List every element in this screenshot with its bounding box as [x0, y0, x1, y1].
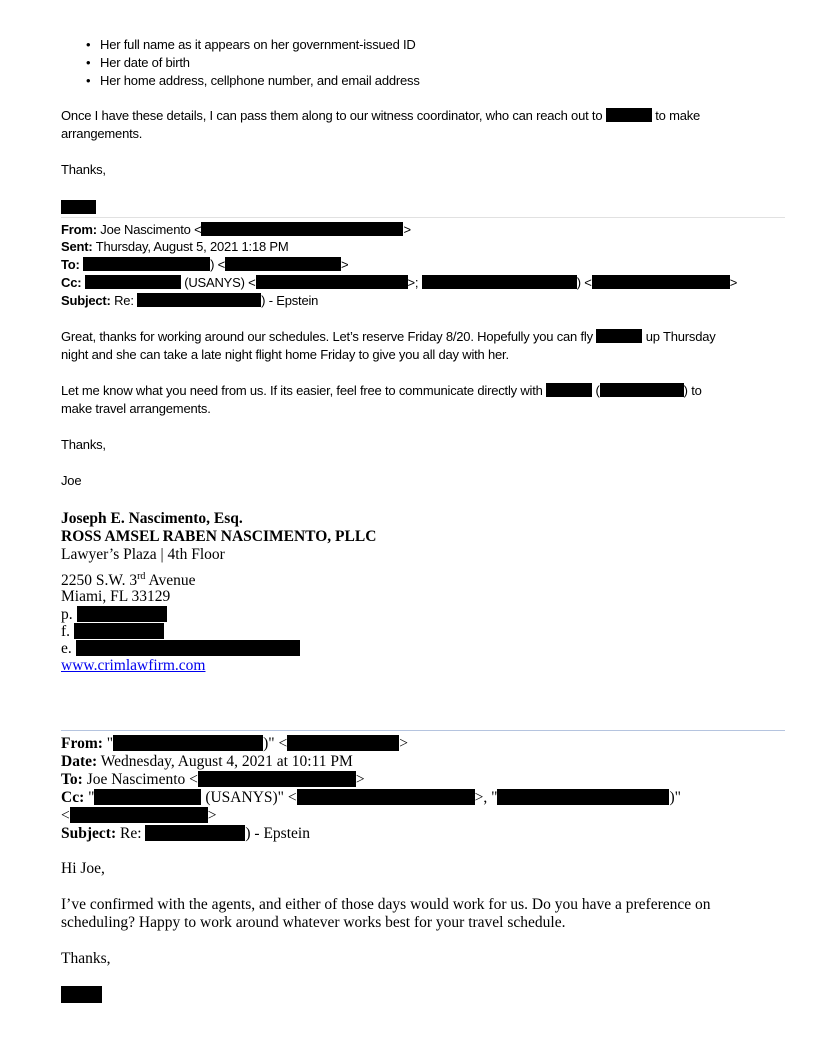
closing-thanks: Thanks,	[61, 162, 106, 177]
signature-block: Joseph E. Nascimento, Esq. ROSS AMSEL RA…	[61, 510, 376, 675]
text: ) - Epstein	[261, 293, 318, 308]
signature-redaction	[61, 986, 102, 1003]
redaction-block	[76, 640, 300, 656]
redaction-block	[422, 275, 577, 289]
text: p.	[61, 606, 73, 623]
from-value: Joe Nascimento <	[100, 222, 201, 237]
from-label: From:	[61, 735, 103, 752]
redaction-block	[61, 986, 102, 1003]
text: Let me know what you need from us. If it…	[61, 383, 543, 398]
paragraph-details: Once I have these details, I can pass th…	[61, 108, 700, 123]
redaction-block	[225, 257, 341, 271]
signature-name: Joseph E. Nascimento, Esq.	[61, 510, 243, 527]
text: 2250 S.W. 3	[61, 572, 137, 589]
redaction-block	[137, 293, 261, 307]
redaction-block	[83, 257, 210, 271]
from-label: From:	[61, 222, 97, 237]
header-subject: Subject: Re: ) - Epstein	[61, 293, 318, 308]
separator	[61, 217, 785, 218]
redaction-block	[596, 329, 642, 343]
text: )"	[669, 789, 681, 806]
signature-address-2: 2250 S.W. 3rd Avenue	[61, 568, 376, 588]
body-paragraph-2: Let me know what you need from us. If it…	[61, 383, 702, 398]
signature-address-1: Lawyer’s Plaza | 4th Floor	[61, 546, 376, 568]
header-date: Date: Wednesday, August 4, 2021 at 10:11…	[61, 753, 353, 771]
date-value: Wednesday, August 4, 2021 at 10:11 PM	[101, 753, 353, 770]
body-line-1: I’ve confirmed with the agents, and eith…	[61, 896, 711, 914]
signature-fax: f.	[61, 623, 376, 640]
text: >, "	[475, 789, 498, 806]
signature-email: e.	[61, 640, 376, 657]
body-paragraph-1: Great, thanks for working around our sch…	[61, 329, 716, 344]
text: >	[730, 275, 737, 290]
text: >	[403, 222, 410, 237]
header-from: From: Joe Nascimento <>	[61, 222, 411, 237]
signature-address-3: Miami, FL 33129	[61, 588, 376, 606]
header-sent: Sent: Thursday, August 5, 2021 1:18 PM	[61, 239, 289, 254]
text: ) <	[577, 275, 592, 290]
redaction-block	[287, 735, 399, 751]
requirements-list: Her full name as it appears on her gover…	[86, 36, 420, 90]
text: >;	[408, 275, 419, 290]
redaction-block	[297, 789, 475, 805]
redaction-block	[145, 825, 245, 841]
body-paragraph-1-line2: night and she can take a late night flig…	[61, 347, 509, 362]
header-to: To: ) <>	[61, 257, 348, 272]
signature-redaction	[61, 200, 96, 214]
sent-value: Thursday, August 5, 2021 1:18 PM	[96, 239, 289, 254]
header-to: To: Joe Nascimento <>	[61, 771, 365, 789]
redaction-block	[600, 383, 684, 397]
text: ) - Epstein	[245, 825, 310, 842]
redaction-block	[497, 789, 669, 805]
to-label: To:	[61, 771, 83, 788]
text: Avenue	[145, 572, 195, 589]
redaction-block	[70, 807, 208, 823]
redaction-block	[198, 771, 356, 787]
text: Re:	[114, 293, 134, 308]
text: to make	[655, 108, 700, 123]
to-label: To:	[61, 257, 80, 272]
cc-label: Cc:	[61, 789, 84, 806]
text: Re:	[120, 825, 142, 842]
signature-phone: p.	[61, 606, 376, 623]
body-line-2: scheduling? Happy to work around whateve…	[61, 914, 565, 932]
date-label: Date:	[61, 753, 97, 770]
text: <	[61, 807, 70, 824]
redaction-block	[113, 735, 263, 751]
separator	[61, 730, 785, 731]
list-item: Her full name as it appears on her gover…	[86, 36, 420, 54]
text: (USANYS) <	[184, 275, 255, 290]
greeting: Hi Joe,	[61, 860, 105, 878]
closing-name: Joe	[61, 473, 81, 488]
redaction-block	[85, 275, 181, 289]
text: >	[399, 735, 408, 752]
redaction-block	[94, 789, 201, 805]
redaction-block	[592, 275, 730, 289]
sent-label: Sent:	[61, 239, 93, 254]
website-link[interactable]: www.crimlawfirm.com	[61, 657, 205, 674]
text: >	[341, 257, 348, 272]
body-paragraph-2-line2: make travel arrangements.	[61, 401, 211, 416]
text: (USANYS)" <	[205, 789, 296, 806]
text: e.	[61, 640, 72, 657]
text: >	[356, 771, 365, 788]
redaction-block	[77, 606, 167, 622]
text: >	[208, 807, 217, 824]
to-value: Joe Nascimento <	[87, 771, 198, 788]
redaction-block	[61, 200, 96, 214]
redaction-block	[74, 623, 164, 639]
text: f.	[61, 623, 70, 640]
header-cc-line2: <>	[61, 807, 217, 825]
header-cc: Cc: " (USANYS)" <>, ")"	[61, 789, 681, 807]
text: ) <	[210, 257, 225, 272]
redaction-block	[606, 108, 652, 122]
text: Great, thanks for working around our sch…	[61, 329, 593, 344]
redaction-block	[546, 383, 592, 397]
list-item: Her home address, cellphone number, and …	[86, 72, 420, 90]
redaction-block	[256, 275, 408, 289]
text: Once I have these details, I can pass th…	[61, 108, 602, 123]
signature-firm: ROSS AMSEL RABEN NASCIMENTO, PLLC	[61, 528, 376, 545]
header-from: From: ")" <>	[61, 735, 408, 753]
cc-label: Cc:	[61, 275, 81, 290]
closing-thanks: Thanks,	[61, 950, 111, 968]
subject-label: Subject:	[61, 293, 111, 308]
header-subject: Subject: Re: ) - Epstein	[61, 825, 310, 843]
text: )" <	[263, 735, 287, 752]
text: up Thursday	[646, 329, 716, 344]
list-item: Her date of birth	[86, 54, 420, 72]
paragraph-details-line2: arrangements.	[61, 126, 142, 141]
redaction-block	[201, 222, 403, 236]
text: ) to	[684, 383, 702, 398]
subject-label: Subject:	[61, 825, 116, 842]
header-cc: Cc: (USANYS) <>; ) <>	[61, 275, 737, 290]
closing-thanks: Thanks,	[61, 437, 106, 452]
